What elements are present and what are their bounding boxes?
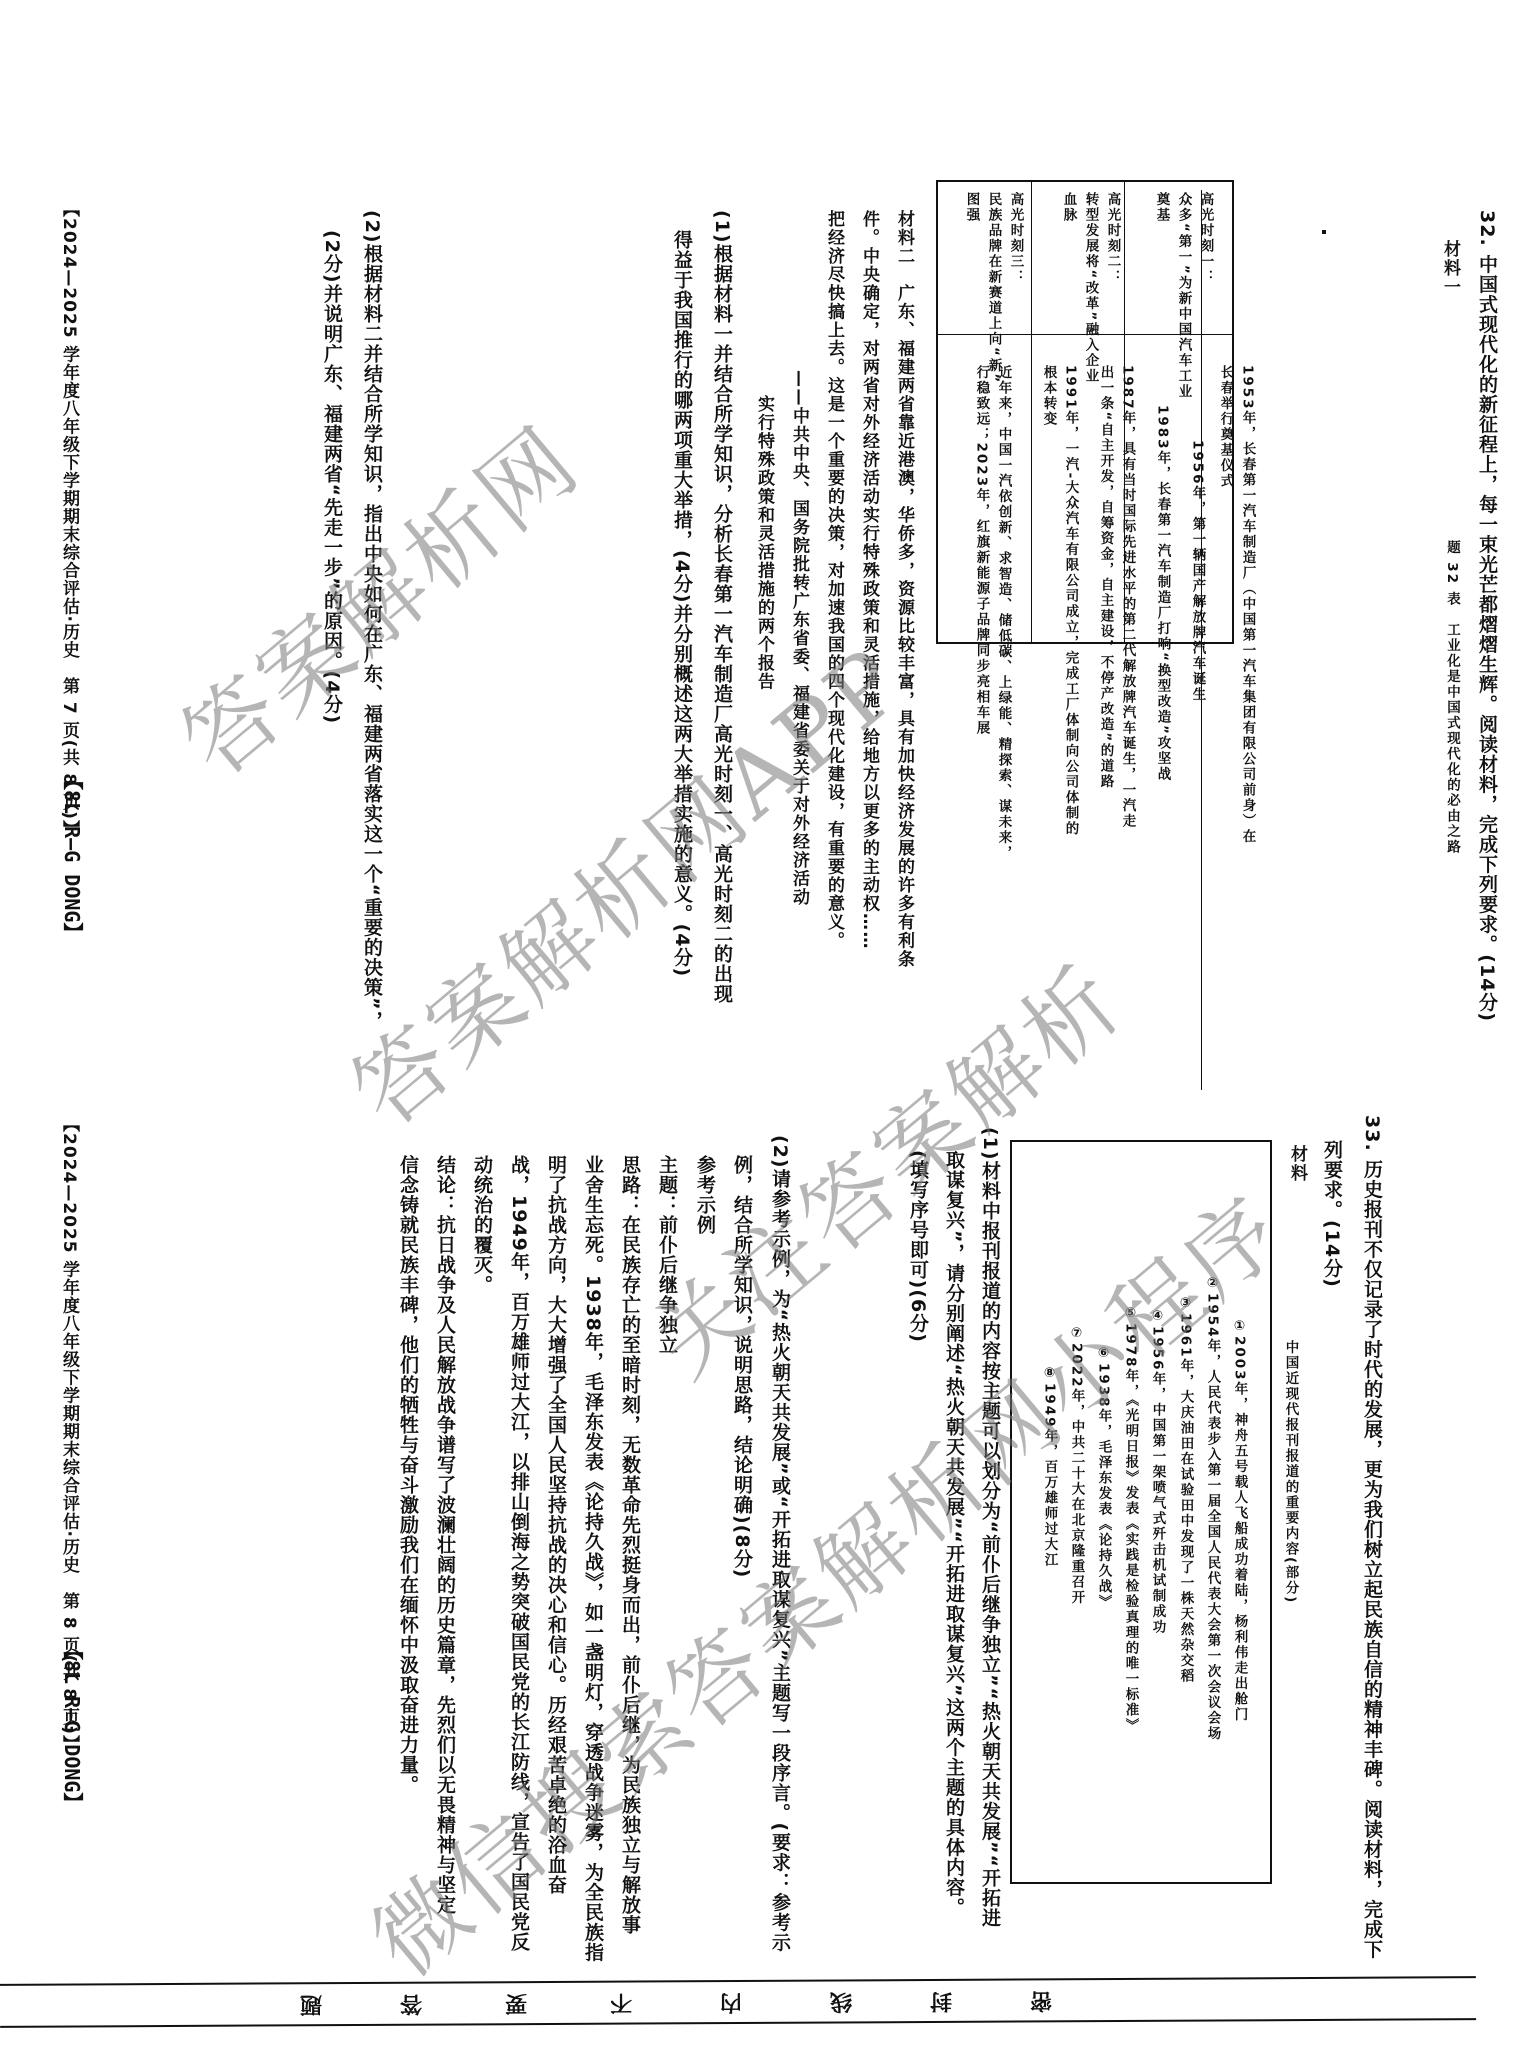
q33-item: ②1954年，人民代表步入第一届全国人民代表大会第一次会议会场 <box>1205 1275 1219 1742</box>
q32-material2-line: 件。中央确定，对两省对外经济活动实行特殊政策和灵活措施，给地方以更多的主动权…… <box>860 210 877 950</box>
seal-char: 封 <box>930 1987 952 2018</box>
q33-item: ④1956年，中国第一架喷气式歼击机试制成功 <box>1150 1308 1164 1635</box>
seal-char: 不 <box>610 1989 632 2020</box>
row2-detail: 出一条“自主开发，自筹资金，自主建设，不停产改造”的道路 <box>1098 365 1112 790</box>
row2-detail: 1991年，一汽-大众汽车有限公司成立，完成工厂体制向公司体制的 <box>1063 365 1077 837</box>
seal-char: 密 <box>1030 1986 1052 2017</box>
row2-detail: 根本转变 <box>1041 365 1055 427</box>
row3-detail: 近年来，中国一汽依创新、求智造、储低碳、上绿能、精探索、谋未来， <box>996 365 1010 861</box>
q33-item: ⑦2022年，中共二十大在北京隆重召开 <box>1069 1325 1083 1606</box>
row3-label-line: 高光时刻三： <box>1008 192 1022 285</box>
q32-sub1: (1)根据材料一并结合所学知识，分析长春第一汽车制造厂高光时刻一、高光时刻二的出… <box>712 210 731 1004</box>
table-row-divider <box>1031 182 1032 642</box>
q32-stem: 32. 中国式现代化的新征程上，每一束光芒都熠熠生辉。阅读材料，完成下列要求。(… <box>1477 210 1496 1022</box>
q33-item: ⑥1938年，毛泽东发表《论持久战》 <box>1096 1345 1110 1610</box>
seal-char: 内 <box>720 1988 742 2019</box>
seal-char: 要 <box>505 1989 527 2020</box>
q33-sub1: (填写序号即可)(6分) <box>908 1150 927 1343</box>
q33-item: ⑧1949年，百万雄师过大江 <box>1042 1365 1056 1568</box>
q32-sub2: (2分)并说明广东、福建两省“先走一步”的原因。(4分) <box>322 230 341 724</box>
q33-stem: 33. 历史报刊不仅记录了时代的发展，更为我们树立起民族自信的精神丰碑。阅读材料… <box>1362 1115 1381 1959</box>
page8-code: 【8L R—G DONG】 <box>62 1640 82 1812</box>
q32-table-caption: 题 32 表 工业化是中国式现代化的必由之路 <box>1445 540 1459 855</box>
q33-stem: 列要求。(14分) <box>1322 1140 1341 1288</box>
q32-material2-line: 把经济尽快搞上去。这是一个重要的决策，对加速我国的四个现代化建设，有重要的意义。 <box>825 210 842 950</box>
seal-strip: 密 封 线 内 不 要 答 题 <box>0 1976 1476 2028</box>
exam-page-8: 33. 历史报刊不仅记录了时代的发展，更为我们树立起民族自信的精神丰碑。阅读材料… <box>0 1095 1536 1975</box>
seal-char: 题 <box>300 1990 322 2021</box>
q33-sub1: 取谋复兴”，请分别阐述“热火朝天共发展”“开拓进取谋复兴”这两个主题的具体内容。 <box>944 1150 963 1917</box>
row2-detail: 1987年，具有当时国际先进水平的第二代解放牌汽车诞生，一汽走 <box>1120 365 1134 829</box>
row1-detail: 长春举行奠基仪式 <box>1218 365 1232 489</box>
q33-example-line: 明了抗战方向，大大增强了全国人民坚持抗战的决心和信心。历经艰苦卓绝的浴血奋 <box>546 1155 565 1895</box>
row1-detail: 1953年，长春第一汽车制造厂（中国第一汽车集团有限公司前身）在 <box>1240 365 1254 845</box>
seal-char: 线 <box>830 1987 852 2018</box>
q32-sub2: (2)根据材料二并结合所学知识，指出中央如何在广东、福建两省落实这一个“重要的决… <box>362 210 381 1031</box>
row1-detail: 1956年，第一辆国产解放牌汽车诞生 <box>1190 440 1204 703</box>
q33-example-line: 战，1949年，百万雄师过大江，以排山倒海之势突破国民党的长江防线，宣告了国民党… <box>509 1155 528 1952</box>
row2-label-line: 高光时刻二： <box>1105 192 1119 285</box>
q33-item: ③1961年，大庆油田在试验田中发现了一株天然杂交稻 <box>1178 1295 1192 1684</box>
q32-material2-line: 材料二 广东、福建两省靠近港澳，华侨多，资源比较丰富，具有加快经济发展的许多有利… <box>895 210 912 969</box>
q33-sub2: 例，结合所学知识，说明思路，结论明确)(8分) <box>732 1155 751 1578</box>
q32-material2-source: 实行特殊政策和灵活措施的两个报告 <box>755 395 772 691</box>
q33-example-line: 思路：在民族存亡的至暗时刻，无数革命先烈挺身而出，前仆后继，为民族独立与解放事 <box>620 1155 639 1935</box>
row3-label-line: 民族品牌在新赛道上向“新” <box>986 192 1000 384</box>
q33-item: ⑤1978年，《光明日报》发表《实践是检验真理的唯一标准》 <box>1123 1305 1137 1734</box>
q33-example-line: 业舍生忘死。1938年，毛泽东发表《论持久战》，如一盏明灯，穿透战争迷雾，为全民… <box>583 1155 602 1962</box>
q33-box-title: 中国近现代报刊报道的重要内容(部分) <box>1283 1340 1297 1604</box>
row3-label-line: 图强 <box>964 192 978 223</box>
q33-sub1: (1)材料中报刊报道的内容按主题可以划分为“前仆后继争独立”“热火朝天共发展”“… <box>980 1127 999 1928</box>
q32-material2-source: ——中共中央、国务院批转广东省委、福建省委关于对外经济活动 <box>790 370 807 907</box>
q33-example-line: 动统治的覆灭。 <box>472 1155 491 1295</box>
q33-item: ①2003年，神舟五号载人飞船成功着陆，杨利伟走出舱门 <box>1232 1318 1246 1723</box>
q33-example-line: 主题：前仆后继争独立 <box>657 1155 676 1355</box>
page7-footer: 【2024—2025 学年度八年级下学期期末综合评估·历史 第 7 页(共 8 … <box>60 200 77 838</box>
row2-label-line: 转型发展将“改革”融入企业 <box>1083 192 1097 384</box>
q33-example-line: 结论：抗日战争及人民解放战争谱写了波澜壮阔的历史篇章，先烈们以无畏精神与坚定 <box>435 1155 454 1915</box>
exam-page-7: 32. 中国式现代化的新征程上，每一束光芒都熠熠生辉。阅读材料，完成下列要求。(… <box>0 190 1536 1090</box>
row2-detail: 1983年，长春第一汽车制造厂打响“换型改造”攻坚战 <box>1155 405 1169 782</box>
row1-label-line: 众多“第一”为新中国汽车工业 <box>1176 192 1190 400</box>
seal-char: 答 <box>400 1990 422 2021</box>
q33-example-line: 信念铸就民族丰碑，他们的牺牲与奋斗激励我们在缅怀中汲取奋进力量。 <box>398 1155 417 1795</box>
q33-sub2: (2)请参考示例，为“热火朝天共发展”或“开拓进取谋复兴”主题写一段序言。(要求… <box>770 1135 789 1952</box>
row3-detail: 行稳致远；2023年，红旗新能源子品牌同步亮相车展 <box>974 365 988 736</box>
row1-label-line: 奠基 <box>1154 192 1168 223</box>
row2-label-line: 血脉 <box>1061 192 1075 223</box>
q32-material1-table <box>1322 230 1326 234</box>
q33-material-label: 材料 <box>1288 1145 1305 1183</box>
q32-material1-label: 材料一 <box>1441 240 1458 297</box>
q33-example-label: 参考示例 <box>695 1155 714 1235</box>
page7-code: 【8L R—G DONG】 <box>62 770 82 942</box>
q32-sub1: 得益于我国推行的哪两项重大举措，(4分)并分别概述这两大举措实施的意义。(4分) <box>672 230 691 977</box>
